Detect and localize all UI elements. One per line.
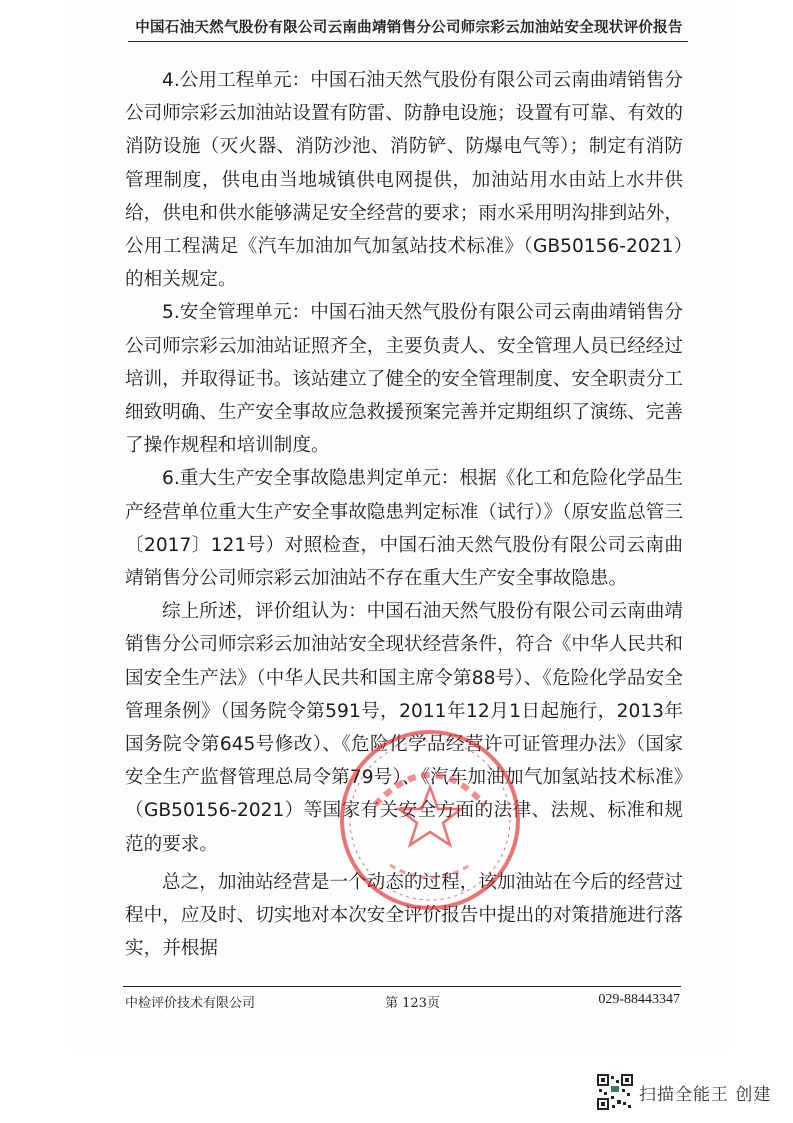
- paragraph-conclusion: 总之，加油站经营是一个动态的过程，该加油站在今后的经营过程中，应及时、切实地对本…: [125, 866, 683, 966]
- report-header-title: 中国石油天然气股份有限公司云南曲靖销售分公司师宗彩云加油站安全现状评价报告: [130, 16, 688, 37]
- footer-phone: 029-88443347: [598, 992, 680, 1008]
- paragraph-major-hazard-unit: 6.重大生产安全事故隐患判定单元：根据《化工和危险化学品生产经营单位重大生产安全…: [125, 462, 683, 595]
- paragraph-summary: 综上所述，评价组认为：中国石油天然气股份有限公司云南曲靖销售分公司师宗彩云加油站…: [125, 595, 683, 861]
- header-divider: [128, 41, 688, 42]
- watermark-text: 扫描全能王 创建: [639, 1080, 771, 1105]
- report-body: 4.公用工程单元：中国石油天然气股份有限公司云南曲靖销售分公司师宗彩云加油站设置…: [125, 64, 683, 965]
- scanner-watermark: 扫描全能王 创建: [597, 1072, 771, 1112]
- paragraph-public-works-unit: 4.公用工程单元：中国石油天然气股份有限公司云南曲靖销售分公司师宗彩云加油站设置…: [125, 64, 683, 296]
- footer-divider: [123, 986, 681, 987]
- paragraph-safety-management-unit: 5.安全管理单元：中国石油天然气股份有限公司云南曲靖销售分公司师宗彩云加油站证照…: [125, 296, 683, 462]
- footer-company: 中检评价技术有限公司: [125, 992, 255, 1011]
- footer-page-number: 第 123页: [385, 992, 440, 1011]
- qr-code-icon: [597, 1074, 633, 1110]
